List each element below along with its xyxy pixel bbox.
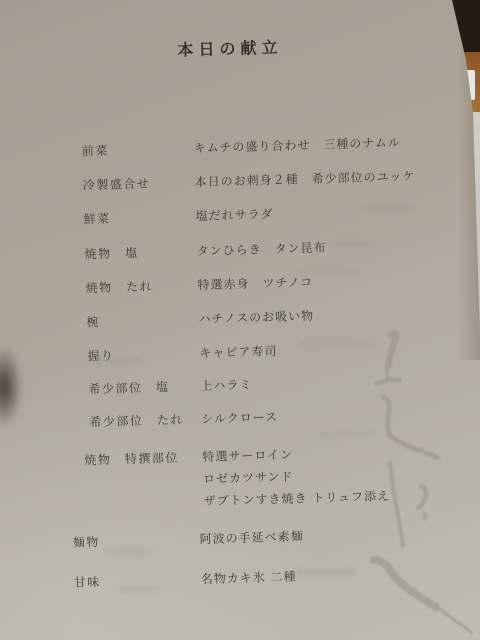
course-dishes: キムチの盛り合わせ 三種のナムル: [193, 133, 400, 156]
menu-content: 本日の献立 前菜 キムチの盛り合わせ 三種のナムル 冷製盛合せ 本日のお刺身２種…: [0, 0, 480, 640]
course-label: 希少部位 たれ: [89, 411, 184, 431]
course-label: 焼物 塩: [84, 244, 138, 263]
course-label: 焼物 特撰部位: [84, 449, 179, 469]
menu-row: 甘味 名物カキ氷 二種: [8, 562, 480, 591]
course-label: 握り: [87, 347, 114, 365]
course-dishes: シルクロース: [201, 408, 278, 427]
course-dishes: キャビア寿司: [199, 342, 277, 361]
course-label: 焼物 たれ: [85, 277, 153, 296]
menu-row: 冷製盛合せ 本日のお刺身２種 希少部位のユッケ: [0, 165, 477, 194]
course-label: 鮮菜: [83, 210, 110, 228]
course-label: 冷製盛合せ: [82, 174, 150, 193]
menu-row: 希少部位 塩 上ハラミ: [2, 369, 480, 398]
menu-paper: 本日の献立 前菜 キムチの盛り合わせ 三種のナムル 冷製盛合せ 本日のお刺身２種…: [0, 0, 480, 640]
course-dishes: 特選サーロイン: [202, 446, 293, 466]
course-label: 前菜: [82, 142, 109, 160]
course-dishes: ロゼカツサンド: [203, 468, 294, 488]
course-label: 麺物: [72, 533, 99, 551]
menu-row: 希少部位 たれ シルクロース: [3, 402, 480, 431]
menu-row: 焼物 塩 タンひらき タン昆布: [0, 234, 479, 263]
course-dishes: 上ハラミ: [200, 376, 252, 394]
course-dishes: 特選赤身 ツチノコ: [197, 273, 313, 293]
course-label: 甘味: [74, 573, 101, 591]
course-dishes: ハチノスのお吸い物: [198, 307, 314, 327]
menu-row: 握り キャビア寿司: [1, 336, 480, 365]
menu-row: 麺物 阿波の手延べ素麺: [6, 522, 480, 551]
menu-photo: 本日の献立 前菜 キムチの盛り合わせ 三種のナムル 冷製盛合せ 本日のお刺身２種…: [0, 0, 480, 640]
menu-row: 焼物 たれ 特選赤身 ツチノコ: [0, 268, 480, 297]
course-dishes: タンひらき タン昆布: [196, 239, 326, 260]
menu-title: 本日の献立: [0, 30, 467, 66]
menu-row: 前菜 キムチの盛り合わせ 三種のナムル: [0, 131, 476, 160]
menu-row: 鮮菜 塩だれサラダ: [0, 199, 478, 228]
course-dishes: 本日のお刺身２種 希少部位のユッケ: [194, 167, 415, 190]
menu-row: 椀 ハチノスのお吸い物: [0, 302, 480, 331]
course-label: 椀: [86, 313, 100, 330]
course-label: 希少部位 塩: [88, 378, 169, 397]
course-dishes: 塩だれサラダ: [195, 205, 273, 224]
course-dishes: 名物カキ氷 二種: [201, 568, 297, 588]
course-dishes: ザブトンすき焼き トリュフ添え: [203, 487, 390, 509]
course-dishes: 阿波の手延べ素麺: [199, 527, 303, 547]
